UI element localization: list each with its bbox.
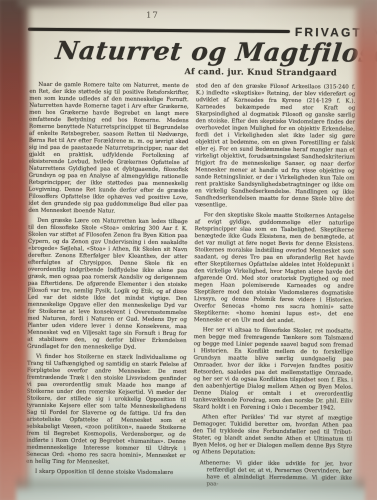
paragraph: Naar de gamle Romere talte om Naturret, … bbox=[28, 82, 189, 216]
paragraph-continuation: stod den af den græske Filosof Arkesilao… bbox=[195, 83, 356, 210]
paragraph: Den græske Lære om Naturretten kan ledes… bbox=[27, 218, 188, 352]
left-column: Naar de gamle Romere talte om Naturret, … bbox=[26, 82, 189, 491]
article-columns: Naar de gamle Romere talte om Naturret, … bbox=[26, 82, 356, 493]
magazine-page-photo: 17 FRIVAGTEN Naturret og Magtfilosofi Af… bbox=[0, 0, 377, 500]
photo-edge-top bbox=[18, 0, 363, 7]
page-bottom-edge bbox=[16, 474, 365, 500]
paragraph: Athen efter Perikles' Tid var styret af … bbox=[193, 414, 353, 457]
paragraph: Her ser vi altsaa to filosofiske Skoler,… bbox=[193, 327, 353, 412]
masthead-rule bbox=[28, 28, 290, 34]
paragraph: For den skeptiske Skole maatte Stoikerne… bbox=[194, 212, 354, 325]
photo-edge-left bbox=[0, 0, 27, 500]
printed-content: 17 FRIVAGTEN Naturret og Magtfilosofi Af… bbox=[0, 0, 377, 500]
article-title: Naturret og Magtfilosofi bbox=[54, 36, 377, 68]
right-column: stod den af den græske Filosof Arkesilao… bbox=[192, 83, 355, 492]
page-number: 17 bbox=[146, 11, 159, 21]
article-byline: Af cand. jur. Knud Strandgaard bbox=[185, 66, 337, 77]
paragraph: Vi finder hos Stoikerne en stærk Individ… bbox=[26, 354, 186, 467]
photo-edge-right bbox=[356, 0, 377, 500]
